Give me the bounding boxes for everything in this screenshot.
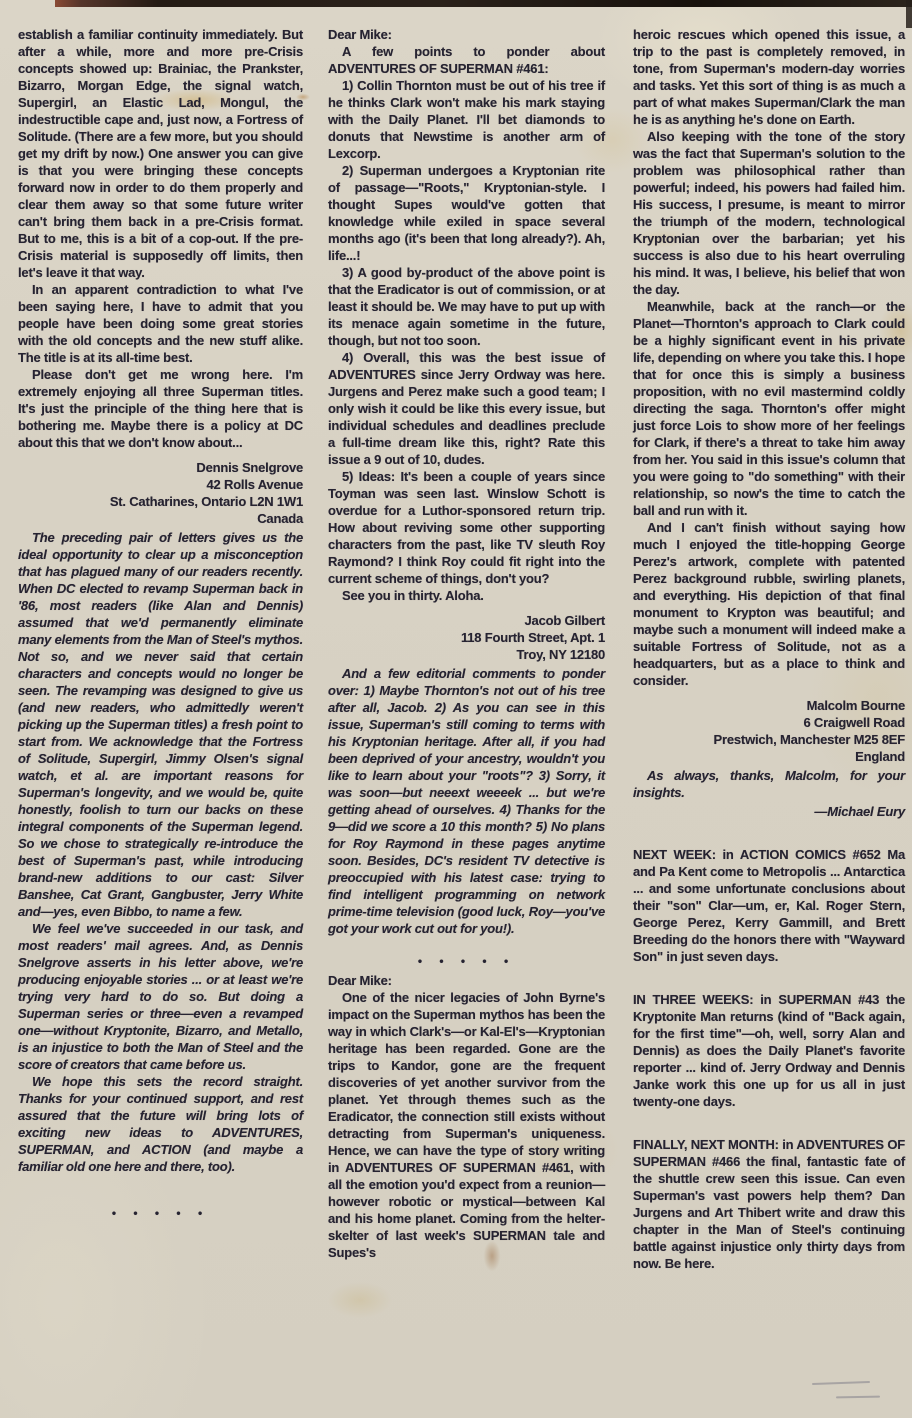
address-line: England	[633, 748, 905, 765]
stars-separator: • • • • •	[18, 1205, 303, 1222]
editorial-reply-paragraph: We feel we've succeeded in our task, and…	[18, 920, 303, 1073]
column-3: heroic rescues which opened this issue, …	[633, 26, 905, 1272]
letter-paragraph: establish a familiar continuity immediat…	[18, 26, 303, 281]
paper-scratch	[812, 1381, 870, 1385]
address-line: 42 Rolls Avenue	[18, 476, 303, 493]
letter-paragraph: 3) A good by-product of the above point …	[328, 264, 605, 349]
letter-paragraph: Meanwhile, back at the ranch—or the Plan…	[633, 298, 905, 519]
letter-paragraph: heroic rescues which opened this issue, …	[633, 26, 905, 128]
address-line: Jacob Gilbert	[328, 612, 605, 629]
letter-paragraph: Dear Mike:	[328, 972, 605, 989]
letter-paragraph: 5) Ideas: It's been a couple of years si…	[328, 468, 605, 587]
scan-corner-artifact	[906, 0, 912, 28]
letter-writer-address: Dennis Snelgrove42 Rolls AvenueSt. Catha…	[18, 459, 303, 527]
letter-paragraph: 4) Overall, this was the best issue of A…	[328, 349, 605, 468]
letter-paragraph: A few points to ponder about ADVENTURES …	[328, 43, 605, 77]
address-line: Malcolm Bourne	[633, 697, 905, 714]
stars-separator: • • • • •	[328, 953, 605, 970]
address-line: Canada	[18, 510, 303, 527]
letter-paragraph: In an apparent contradiction to what I'v…	[18, 281, 303, 366]
editor-signature: —Michael Eury	[633, 803, 905, 820]
address-line: Prestwich, Manchester M25 8EF	[633, 731, 905, 748]
letter-paragraph: Please don't get me wrong here. I'm extr…	[18, 366, 303, 451]
editorial-reply-paragraph: We hope this sets the record straight. T…	[18, 1073, 303, 1175]
letter-paragraph: NEXT WEEK: in ACTION COMICS #652 Ma and …	[633, 846, 905, 965]
column-2: Dear Mike:A few points to ponder about A…	[328, 26, 605, 1261]
editorial-reply-paragraph: And a few editorial comments to ponder o…	[328, 665, 605, 937]
letter-paragraph: One of the nicer legacies of John Byrne'…	[328, 989, 605, 1261]
letter-paragraph: 1) Collin Thornton must be out of his tr…	[328, 77, 605, 162]
letter-paragraph: FINALLY, NEXT MONTH: in ADVENTURES OF SU…	[633, 1136, 905, 1272]
letter-paragraph: And I can't finish without saying how mu…	[633, 519, 905, 689]
letter-writer-address: Jacob Gilbert118 Fourth Street, Apt. 1Tr…	[328, 612, 605, 663]
letter-paragraph: See you in thirty. Aloha.	[328, 587, 605, 604]
letter-paragraph: Also keeping with the tone of the story …	[633, 128, 905, 298]
paper-scratch	[836, 1396, 880, 1399]
address-line: St. Catharines, Ontario L2N 1W1	[18, 493, 303, 510]
letter-paragraph: Dear Mike:	[328, 26, 605, 43]
column-1: establish a familiar continuity immediat…	[18, 26, 303, 1222]
address-line: 118 Fourth Street, Apt. 1	[328, 629, 605, 646]
letter-paragraph: IN THREE WEEKS: in SUPERMAN #43 the Kryp…	[633, 991, 905, 1110]
address-line: 6 Craigwell Road	[633, 714, 905, 731]
address-line: Troy, NY 12180	[328, 646, 605, 663]
letter-paragraph: 2) Superman undergoes a Kryptonian rite …	[328, 162, 605, 264]
editorial-reply-paragraph: As always, thanks, Malcolm, for your ins…	[633, 767, 905, 801]
letter-writer-address: Malcolm Bourne6 Craigwell RoadPrestwich,…	[633, 697, 905, 765]
editorial-reply-paragraph: The preceding pair of letters gives us t…	[18, 529, 303, 920]
address-line: Dennis Snelgrove	[18, 459, 303, 476]
scan-edge-artifact	[55, 0, 912, 7]
